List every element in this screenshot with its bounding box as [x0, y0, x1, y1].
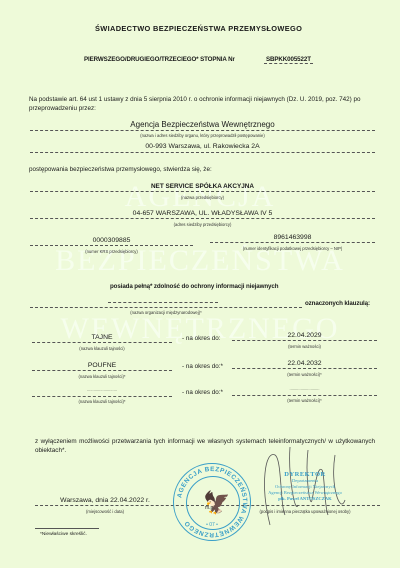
- clause-3-caption: (nazwa klauzuli tajności)*: [32, 399, 172, 404]
- clause-3-name: ...........................: [32, 387, 172, 392]
- clause-1-date-line: [232, 340, 377, 341]
- degree-label: PIERWSZEGO/DRUGIEGO/TRZECIEGO* STOPNIA N…: [84, 56, 235, 63]
- official-seal: AGENCJA BEZPIECZEŃSTWA WEWNĘTRZNEGO 🦅 m.…: [173, 463, 251, 541]
- clause-1-line: [32, 342, 172, 343]
- footnote-divider: [35, 528, 99, 529]
- signature-caption: (podpis i imienna pieczątka upoważnionej…: [245, 509, 365, 514]
- clause-2-caption: (nazwa klauzuli tajności)*: [32, 374, 172, 379]
- issuer-name-line: [30, 130, 375, 131]
- procedure-text: postępowania bezpieczeństwa przemysłoweg…: [29, 165, 212, 174]
- org-placeholder-line: [108, 302, 218, 303]
- issuer-name: Agencja Bezpieczeństwa Wewnętrznego: [30, 120, 375, 129]
- intro-text: Na podstawie art. 64 ust 1 ustawy z dnia…: [29, 95, 379, 113]
- issuer-name-caption: (nazwa i adres siedziby organu, który pr…: [30, 133, 375, 138]
- eagle-emblem-icon: 🦅: [203, 489, 229, 517]
- certificate-page: AGENCJA BEZPIECZEŃSTWA WEWNĘTRZNEGO ŚWIA…: [0, 0, 400, 568]
- document-title: ŚWIADECTWO BEZPIECZEŃSTWA PRZEMYSŁOWEGO: [95, 24, 302, 33]
- director-stamp: DYREKTOR Departamentu Ochrony Informacji…: [250, 472, 360, 502]
- company-krs: 0000309885: [30, 237, 193, 244]
- clause-1-name: TAJNE: [32, 334, 172, 341]
- clause-2-date: 22.04.2032: [232, 360, 377, 367]
- org-caption: (nazwa organizacji międzynarodowej)*: [30, 310, 302, 315]
- issuer-address-line: [30, 152, 375, 153]
- company-krs-line: [30, 245, 193, 246]
- place-date-caption: (miejscowość i data): [35, 509, 175, 514]
- company-nip-line: [210, 242, 375, 243]
- clause-2-date-caption: (termin ważności)*: [232, 372, 377, 377]
- company-address-line: [30, 218, 375, 219]
- clause-2-line: [32, 370, 172, 371]
- clause-3-line: [32, 396, 172, 397]
- company-name-caption: (nazwa przedsiębiorcy): [30, 195, 375, 200]
- capability-text: posiada pełną* zdolność do ochrony infor…: [110, 283, 278, 290]
- company-nip: 8961463998: [210, 234, 375, 241]
- company-name-line: [30, 191, 375, 192]
- clause-3-date-caption: (termin ważności)*: [232, 398, 377, 403]
- company-nip-caption: (numer identyfikacji podatkowej przedsię…: [210, 246, 375, 251]
- clause-1-caption: (nazwa klauzuli tajności): [32, 346, 172, 351]
- company-name: NET SERVICE SPÓŁKA AKCYJNA: [30, 183, 375, 190]
- marked-label: oznaczonych klauzulą:: [305, 300, 370, 307]
- clause-3-date: ...........................: [232, 386, 377, 391]
- clause-2-period-label: - na okres do:*: [182, 362, 223, 371]
- company-krs-caption: (numer KRS przedsiębiorcy): [30, 249, 193, 254]
- clause-3-period-label: - na okres do:*: [182, 388, 223, 397]
- director-line-4: płk. Paweł ANTOSZCZAK: [250, 496, 360, 502]
- clause-1-date: 22.04.2029: [232, 332, 377, 339]
- clause-1-period-label: - na okres do:: [182, 334, 221, 343]
- footnote: *Niewłaściwe skreślić.: [40, 532, 87, 537]
- company-address: 04-657 WARSZAWA, UL. WŁADYSŁAWA IV 5: [30, 210, 375, 217]
- certificate-number: SBPKK005522T: [264, 56, 313, 64]
- company-address-caption: (adres siedziby przedsiębiorcy): [30, 222, 375, 227]
- clause-2-name: POUFNE: [32, 362, 172, 369]
- seal-number: • 07 •: [186, 522, 238, 528]
- seal-mp: m.p.: [205, 505, 215, 511]
- clause-2-date-line: [232, 368, 377, 369]
- issuer-address: 00-993 Warszawa, ul. Rakowiecka 2A: [30, 143, 375, 150]
- clause-3-date-line: [232, 395, 377, 396]
- place-date: Warszawa, dnia 22.04.2022 r.: [35, 497, 175, 504]
- clause-1-date-caption: (termin ważności): [232, 344, 377, 349]
- org-line: [30, 307, 302, 308]
